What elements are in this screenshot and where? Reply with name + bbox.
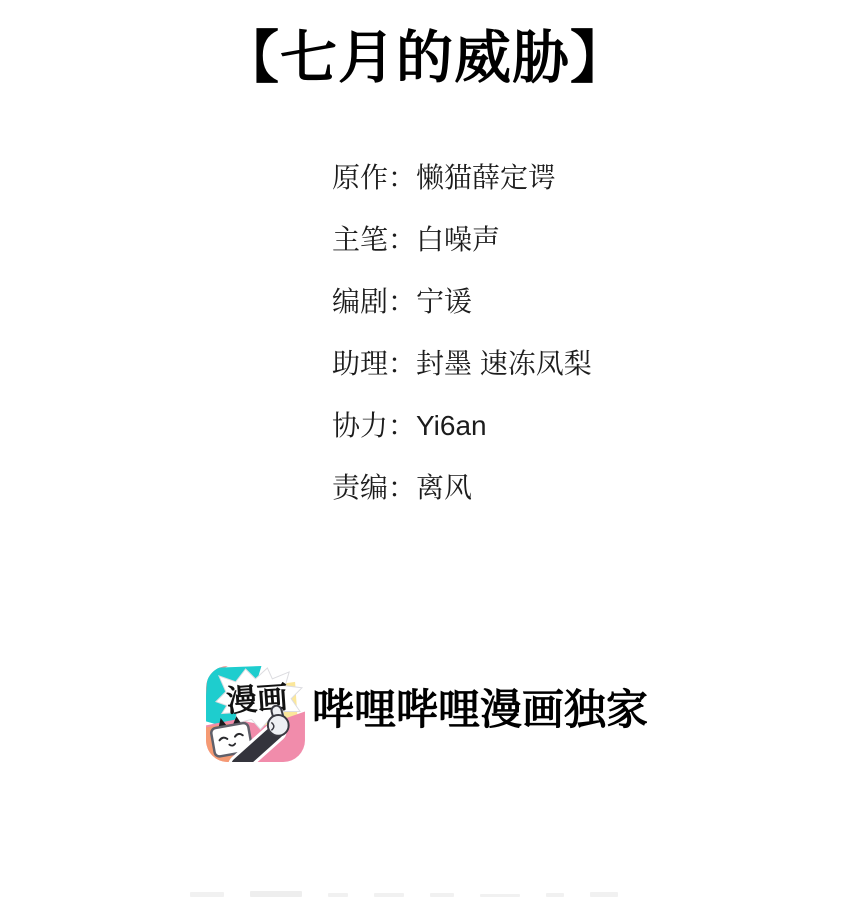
credit-separator: ： — [388, 162, 416, 193]
credit-role: 责编 — [332, 472, 388, 503]
credit-row-original-author: 原作：懒猫薛定谔 — [332, 147, 592, 209]
cutoff-panel-remnant — [190, 891, 660, 897]
credit-separator: ： — [388, 348, 416, 379]
credit-name: 封墨 速冻凤梨 — [416, 348, 592, 379]
credit-name: 离风 — [416, 472, 472, 503]
credit-role: 原作 — [332, 162, 388, 193]
credit-row-screenwriter: 编剧：宁谖 — [332, 271, 592, 333]
credit-separator: ： — [388, 286, 416, 317]
bilibili-comics-branding: 漫画 哔 — [206, 666, 648, 762]
credit-role: 协力 — [332, 410, 388, 441]
page-title: 【七月的威胁】 — [0, 12, 850, 94]
credit-row-cooperation: 协力：Yi6an — [332, 395, 592, 457]
credit-role: 编剧 — [332, 286, 388, 317]
credit-row-editor: 责编：离风 — [332, 457, 592, 519]
credit-name: 白噪声 — [416, 224, 500, 255]
bilibili-comics-app-icon: 漫画 — [206, 666, 305, 762]
credit-role: 助理 — [332, 348, 388, 379]
brand-exclusive-text: 哔哩哔哩漫画独家 — [312, 677, 648, 737]
credit-name: 懒猫薛定谔 — [416, 162, 556, 193]
credit-row-lead-artist: 主笔：白噪声 — [332, 209, 592, 271]
credit-name: 宁谖 — [416, 286, 472, 317]
credit-row-assistant: 助理：封墨 速冻凤梨 — [332, 333, 592, 395]
credit-name: Yi6an — [416, 410, 487, 441]
credits-page: 【七月的威胁】 原作：懒猫薛定谔 主笔：白噪声 编剧：宁谖 助理：封墨 速冻凤梨… — [0, 0, 850, 897]
credit-separator: ： — [388, 410, 416, 441]
credit-separator: ： — [388, 472, 416, 503]
credit-separator: ： — [388, 224, 416, 255]
credit-role: 主笔 — [332, 224, 388, 255]
credits-list: 原作：懒猫薛定谔 主笔：白噪声 编剧：宁谖 助理：封墨 速冻凤梨 协力：Yi6a… — [332, 147, 592, 519]
